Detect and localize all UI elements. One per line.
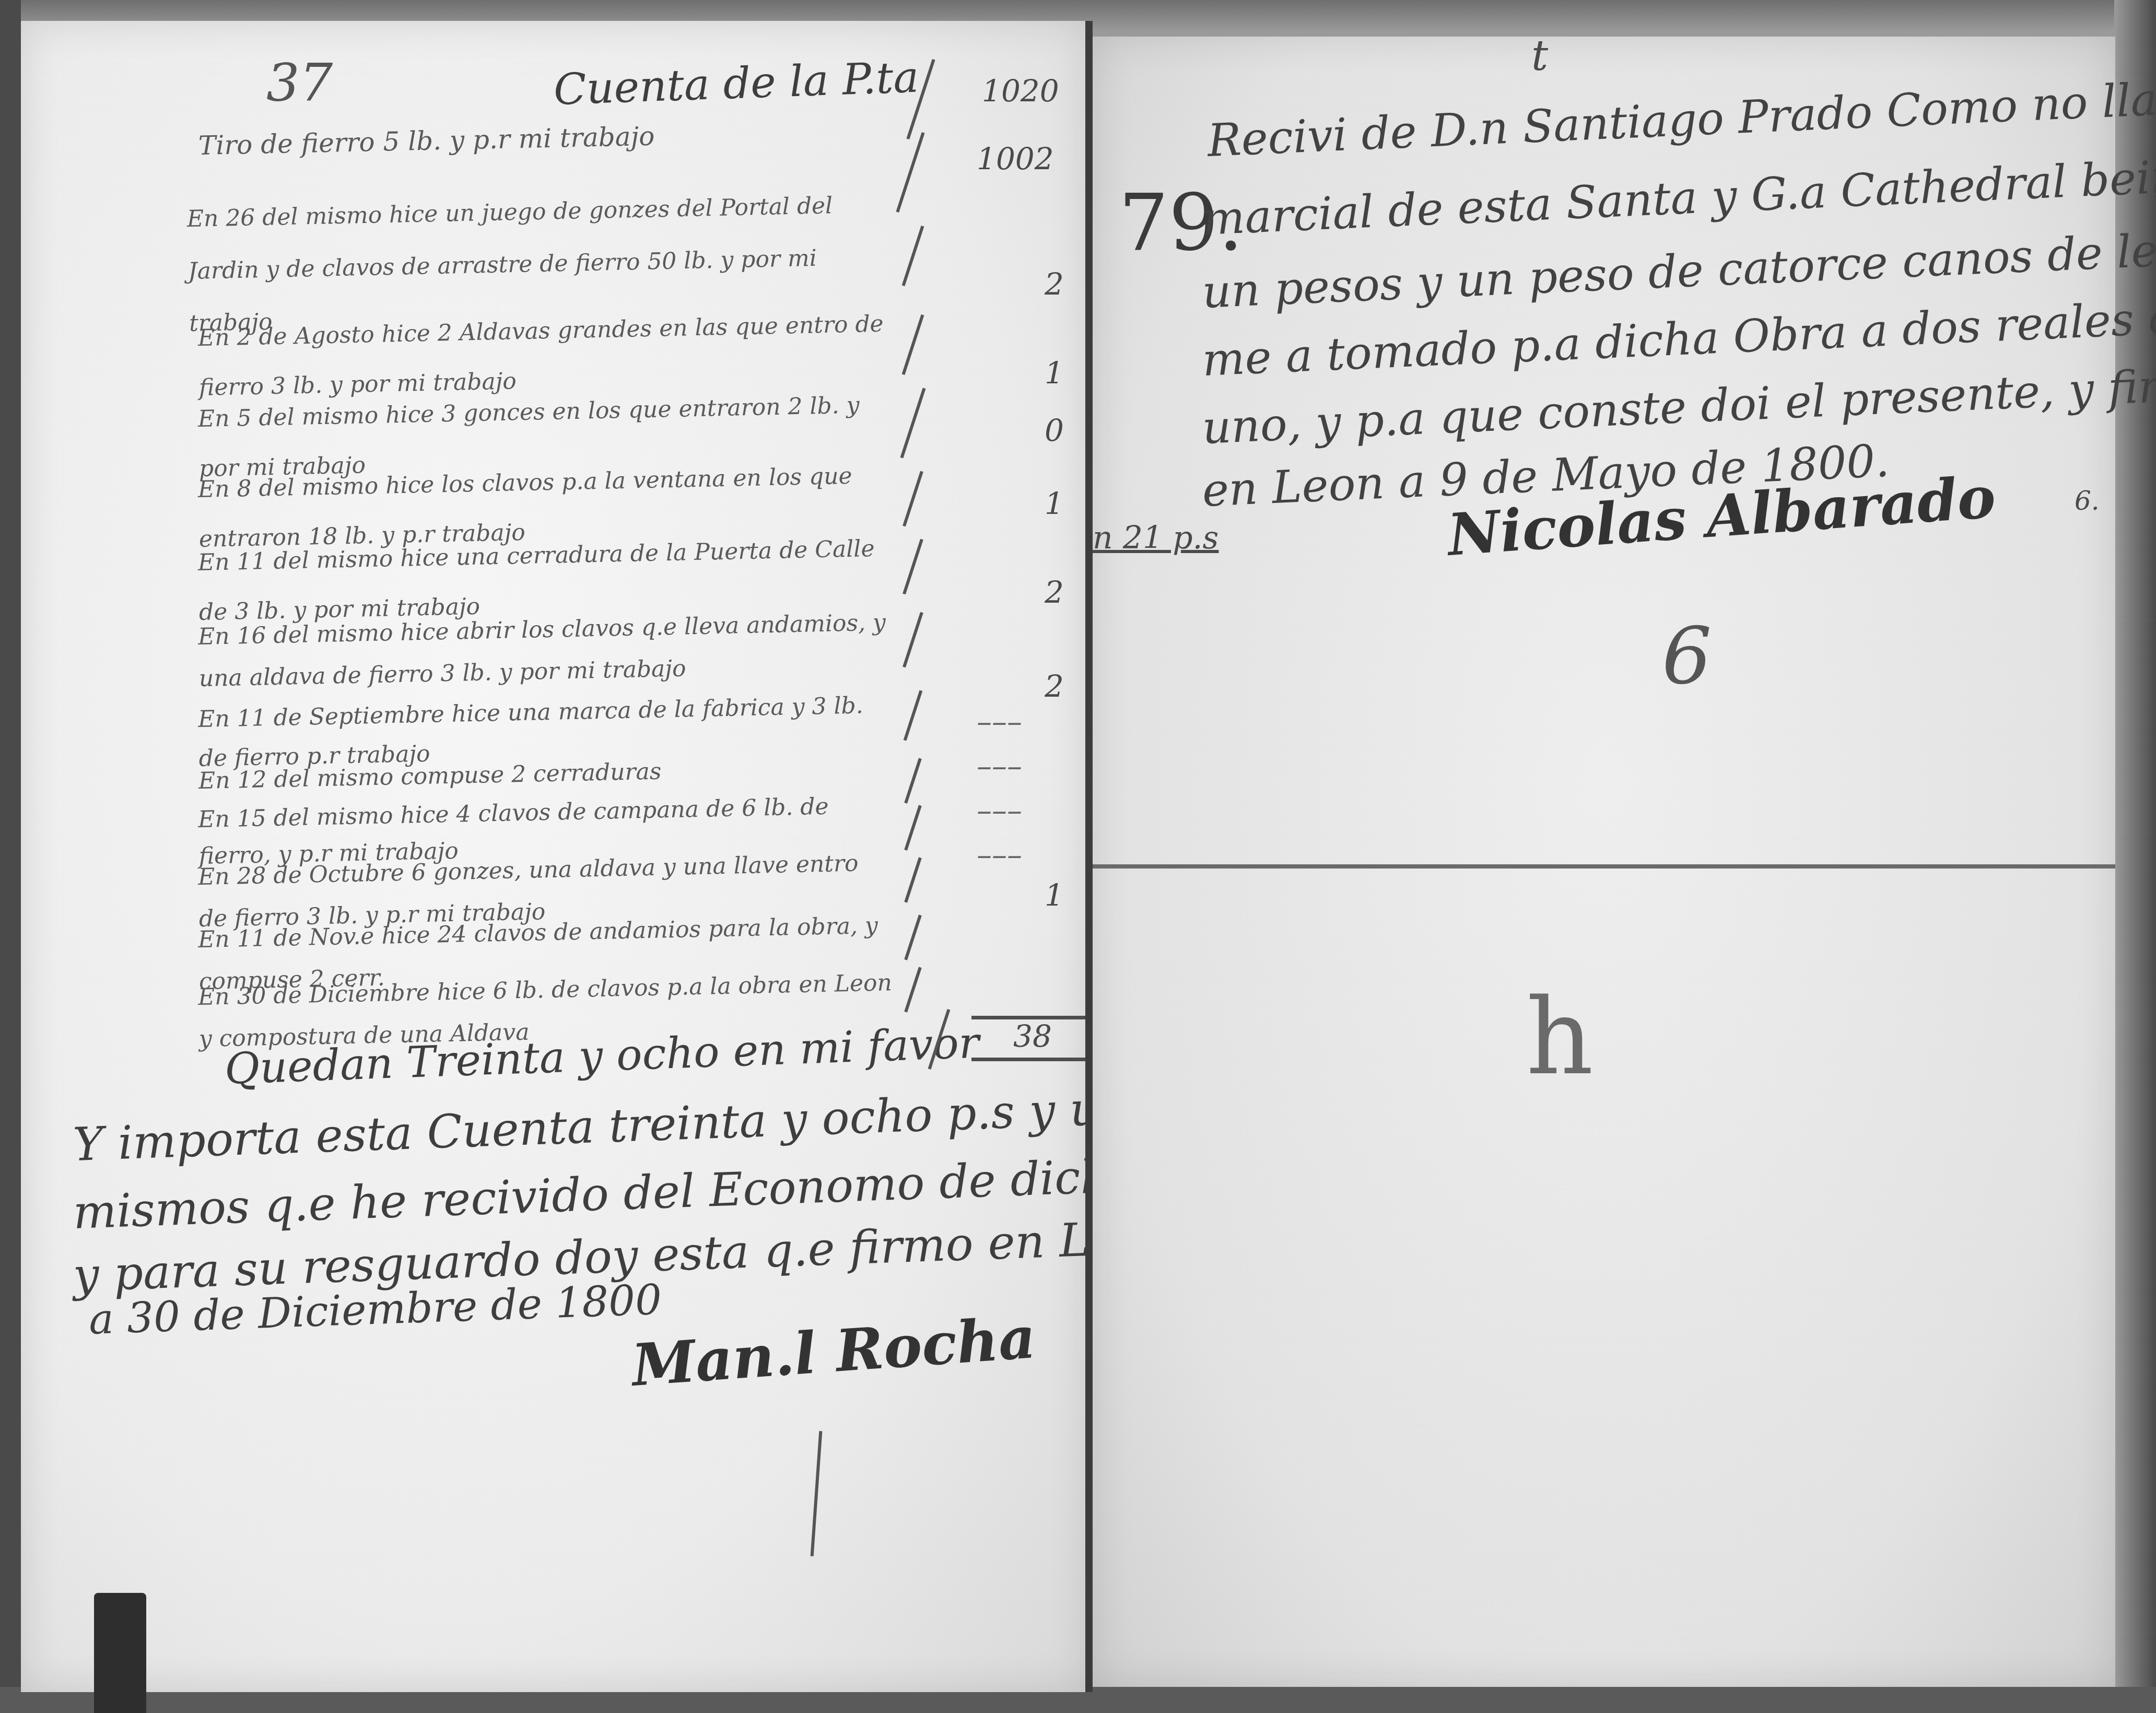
receipt-line: Recivi de D.n Santiago Prado Como no lla… (1206, 71, 2156, 167)
entry-amount: 1 (1045, 355, 1064, 391)
total-amount: 38 (1013, 1018, 1052, 1054)
page-fold-line (1093, 864, 2115, 869)
scan-left-edge (0, 0, 21, 1713)
right-page: t 79. n 21 p.s Recivi de D.n Santiago Pr… (1093, 37, 2115, 1687)
loose-mark: 6 (1662, 611, 1712, 702)
entry-amount: 2 (1045, 668, 1064, 704)
scan-background: 37 Cuenta de la P.ta 1020 Tiro de fierro… (0, 0, 2156, 1713)
signature-rocha: Man.l Rocha (630, 1304, 1038, 1399)
account-header: Cuenta de la P.ta (553, 53, 919, 115)
entry-amount: 1 (1045, 486, 1064, 521)
lower-mark: h (1526, 977, 1593, 1098)
folio-mark: 37 (266, 52, 333, 113)
left-page: 37 Cuenta de la P.ta 1020 Tiro de fierro… (21, 21, 1089, 1692)
entry-amount: 0 (1045, 413, 1064, 448)
ledger-entry: Tiro de fierro 5 lb. y p.r mi trabajo (198, 121, 654, 161)
ledger-entry: En 16 del mismo hice abrir los clavos q.… (197, 602, 894, 700)
header-amount: 1020 (982, 73, 1059, 109)
entry-amount: 2 (1045, 574, 1064, 610)
entry-amount: 1 (1045, 877, 1064, 913)
entry-amount: 2 (1045, 266, 1064, 302)
amount-dashes: ––– ––– ––– ––– (977, 700, 1022, 877)
margin-note: n 21 p.s (1093, 520, 1218, 556)
top-mark: t (1531, 31, 1548, 80)
page-gutter (1085, 21, 1093, 1692)
signature-flourish (811, 1431, 823, 1556)
entry-amount: 1002 (977, 141, 1054, 177)
bookmark-ribbon (94, 1593, 146, 1713)
total-rule-bottom (971, 1058, 1089, 1061)
edge-mark: 6. (2075, 486, 2100, 516)
